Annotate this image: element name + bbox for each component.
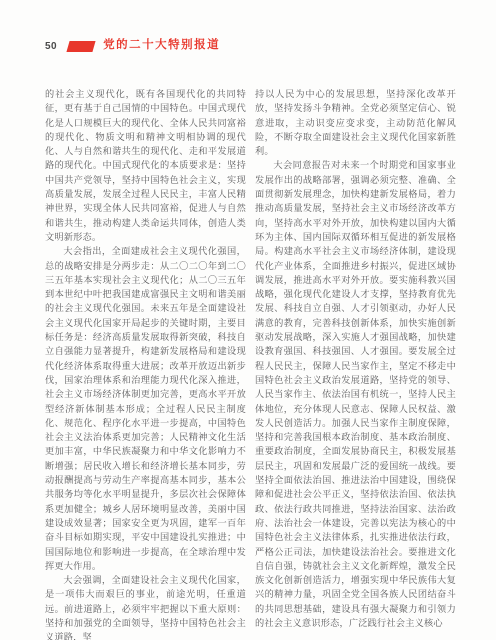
paragraph: 的社会主义现代化，既有各国现代化的共同特征，更有基于自己国情的中国特色。中国式现… (45, 87, 246, 244)
red-flag-icon (67, 41, 96, 52)
right-text-column: 持以人民为中心的发展思想，坚持深化改革开放，坚持发扬斗争精神。全党必须坚定信心、… (255, 87, 456, 640)
article-body: 的社会主义现代化，既有各国现代化的共同特征，更有基于自己国情的中国特色。中国式现… (45, 87, 456, 640)
paragraph: 大会强调，全面建设社会主义现代化国家，是一项伟大而艰巨的事业，前途光明，任重道远… (45, 573, 246, 640)
page-number: 50 (45, 41, 57, 52)
magazine-page: 50 党的二十大特别报道 的社会主义现代化，既有各国现代化的共同特征，更有基于自… (0, 0, 496, 640)
paragraph: 大会同意报告对未来一个时期党和国家事业发展作出的战略部署，强调必须完整、准确、全… (255, 158, 456, 630)
page-header: 50 党的二十大特别报道 (45, 39, 220, 53)
paragraph: 持以人民为中心的发展思想，坚持深化改革开放，坚持发扬斗争精神。全党必须坚定信心、… (255, 87, 456, 158)
section-title: 党的二十大特别报道 (103, 40, 220, 52)
left-text-column: 的社会主义现代化，既有各国现代化的共同特征，更有基于自己国情的中国特色。中国式现… (45, 87, 246, 640)
paragraph: 大会指出，全面建成社会主义现代化强国，总的战略安排是分两步走：从二〇二〇年到二〇… (45, 244, 246, 573)
